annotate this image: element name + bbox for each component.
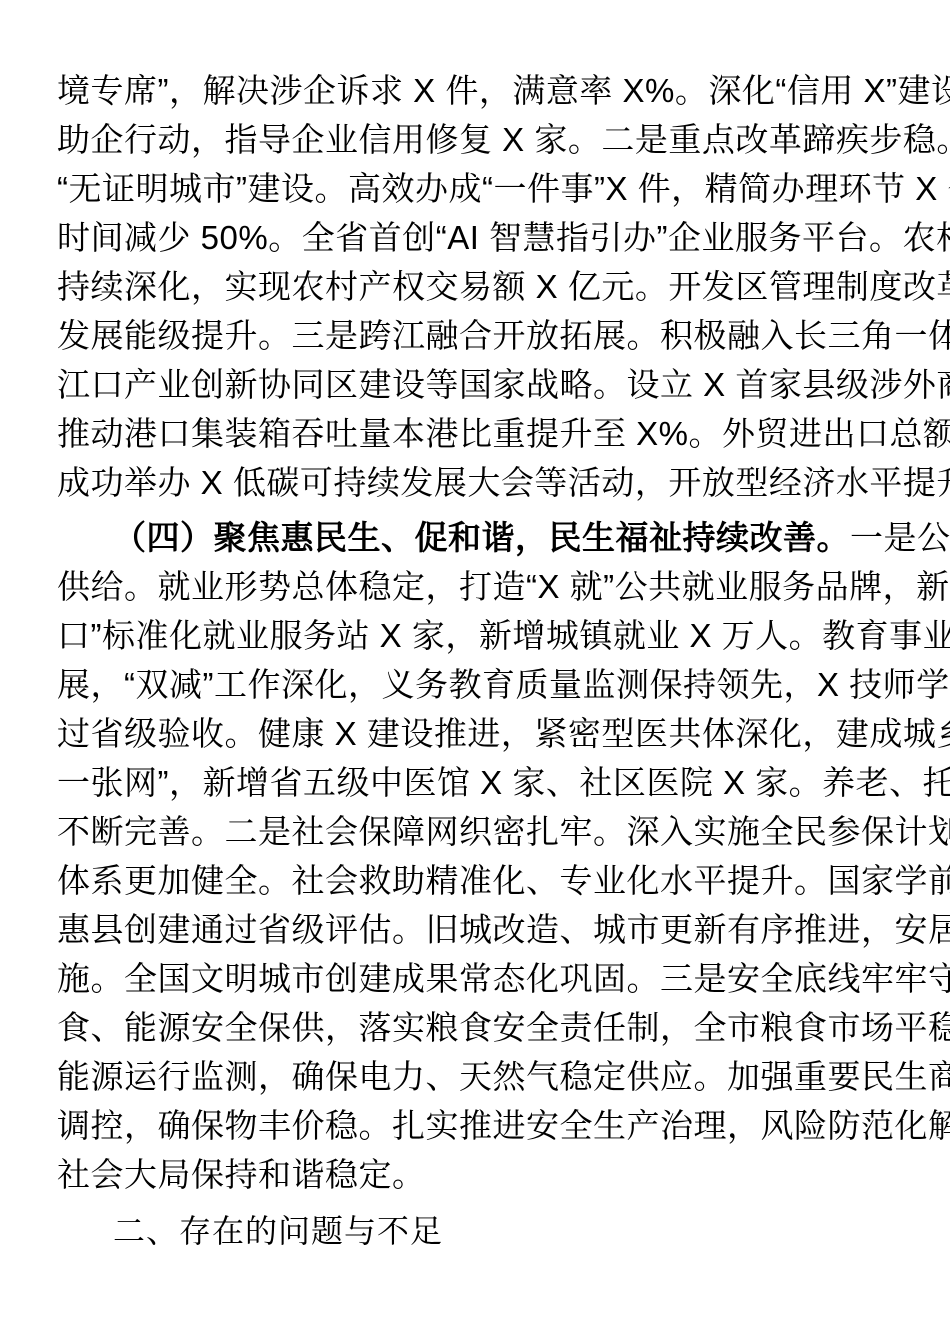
text-line: 口”标准化就业服务站 X 家，新增城镇就业 X 万人。教育事业优质均衡发	[57, 611, 934, 660]
paragraph-overflow: 境专席”，解决涉企诉求 X 件，满意率 X%。深化“信用 X”建设，开展信用 助…	[57, 66, 934, 507]
text-line: 体系更加健全。社会救助精准化、专业化水平提升。国家学前教育普及普	[57, 856, 934, 905]
text-line: 社会大局保持和谐稳定。	[57, 1150, 934, 1199]
text-line: 能源运行监测，确保电力、天然气稳定供应。加强重要民生商品价格监测	[57, 1052, 934, 1101]
text-line: 供给。就业形势总体稳定，打造“X 就”公共就业服务品牌，新建“家门	[57, 562, 934, 611]
text-line: “无证明城市”建设。高效办成“一件事”X 件，精简办理环节 X 个，办理	[57, 164, 934, 213]
text-line: 成功举办 X 低碳可持续发展大会等活动，开放型经济水平提升。	[57, 458, 934, 507]
text-line: 境专席”，解决涉企诉求 X 件，满意率 X%。深化“信用 X”建设，开展信用	[57, 66, 934, 115]
text-line: 江口产业创新协同区建设等国家战略。设立 X 首家县级涉外商事服务中心。	[57, 360, 934, 409]
text-line: （四）聚焦惠民生、促和谐，民生福祉持续改善。一是公共服务优化	[57, 513, 934, 562]
text-line: 一张网”，新增省五级中医馆 X 家、社区医院 X 家。养老、托育服务体系	[57, 758, 934, 807]
section4-lead-rest: 一是公共服务优化	[850, 519, 950, 556]
document-page: 境专席”，解决涉企诉求 X 件，满意率 X%。深化“信用 X”建设，开展信用 助…	[0, 0, 950, 1344]
text-line: 食、能源安全保供，落实粮食安全责任制，全市粮食市场平稳有序。强化	[57, 1003, 934, 1052]
text-line: 展，“双减”工作深化，义务教育质量监测保持领先，X 技师学院创建通	[57, 660, 934, 709]
text-line: 惠县创建通过省级评估。旧城改造、城市更新有序推进，安居工程持续实	[57, 905, 934, 954]
text-line: 发展能级提升。三是跨江融合开放拓展。积极融入长三角一体化发展、长	[57, 311, 934, 360]
text-line: 时间减少 50%。全省首创“AI 智慧指引办”企业服务平台。农村综合改革	[57, 213, 934, 262]
paragraph-section-4: （四）聚焦惠民生、促和谐，民生福祉持续改善。一是公共服务优化 供给。就业形势总体…	[57, 513, 934, 1199]
text-line: 施。全国文明城市创建成果常态化巩固。三是安全底线牢牢守住。加强粮	[57, 954, 934, 1003]
section-heading: 二、存在的问题与不足	[57, 1207, 934, 1256]
section4-lead-bold: （四）聚焦惠民生、促和谐，民生福祉持续改善。	[113, 519, 850, 556]
text-line: 推动港口集装箱吞吐量本港比重提升至 X%。外贸进出口总额预计超 X 亿元。	[57, 409, 934, 458]
text-line: 持续深化，实现农村产权交易额 X 亿元。开发区管理制度改革稳步推进，	[57, 262, 934, 311]
text-line: 调控，确保物丰价稳。扎实推进安全生产治理，风险防范化解有力有效，	[57, 1101, 934, 1150]
text-line: 助企行动，指导企业信用修复 X 家。二是重点改革蹄疾步稳。扎实推进	[57, 115, 934, 164]
text-line: 过省级验收。健康 X 建设推进，紧密型医共体深化，建成城乡一体“心电	[57, 709, 934, 758]
text-line: 不断完善。二是社会保障网织密扎牢。深入实施全民参保计划，社会保障	[57, 807, 934, 856]
